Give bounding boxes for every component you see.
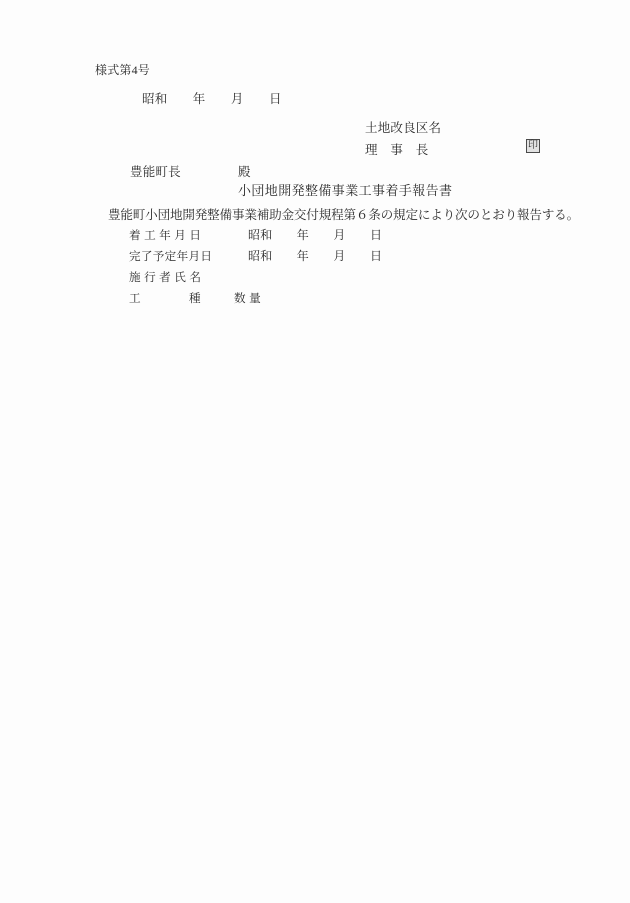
field-value-construction-start-date: 昭和 年 月 日 — [248, 229, 382, 243]
seal-stamp-icon: 印 — [526, 139, 540, 153]
table-header-work-type-second-char: 種 — [189, 292, 201, 305]
field-label-expected-completion-date: 完了予定年月日 — [129, 250, 212, 263]
table-header-quantity: 数 量 — [234, 292, 261, 305]
form-number: 様式第4号 — [95, 64, 150, 78]
seal-mark-text: 印 — [528, 141, 538, 151]
addressee-honorific: 殿 — [238, 165, 251, 179]
field-label-construction-start-date: 着 工 年 月 日 — [129, 229, 201, 242]
field-label-contractor-name: 施 行 者 氏 名 — [129, 271, 201, 284]
table-header-work-type-first-char: 工 — [129, 292, 141, 305]
field-value-expected-completion-date: 昭和 年 月 日 — [248, 250, 382, 264]
report-body-text: 豊能町小団地開発整備事業補助金交付規程第６条の規定により次のとおり報告する。 — [108, 208, 579, 222]
issue-date-line: 昭和 年 月 日 — [142, 92, 282, 106]
issuer-district-name-label: 土地改良区名 — [365, 121, 441, 135]
issuer-chairman-label: 理 事 長 — [365, 143, 429, 157]
document-title: 小団地開発整備事業工事着手報告書 — [238, 184, 452, 199]
scanned-form-page: 様式第4号 昭和 年 月 日 土地改良区名 理 事 長 印 豊能町長 殿 小団地… — [0, 0, 630, 903]
addressee-name: 豊能町長 — [130, 165, 181, 179]
